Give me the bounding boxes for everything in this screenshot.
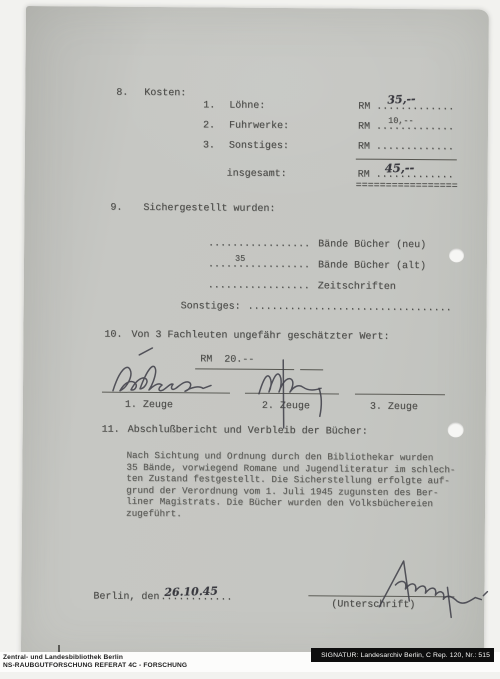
cost-value-typed: 10,-- xyxy=(388,116,414,127)
double-rule: ================= xyxy=(356,181,458,193)
witness-3-line xyxy=(355,394,445,396)
secured-label: Bände Bücher (alt) xyxy=(318,260,426,272)
dotted-line: ................. xyxy=(208,238,310,250)
secured-row: ................. 35 Bände Bücher (alt) xyxy=(26,6,489,10)
dotted-line: ................. xyxy=(208,259,310,271)
punch-hole-bottom xyxy=(448,422,464,437)
section-10-title: Von 3 Fachleuten ungefähr geschätzter We… xyxy=(131,330,389,343)
cost-row: 1. Löhne: RM ............. 35,-- xyxy=(26,6,489,10)
dotted-line: .................................. xyxy=(248,302,452,315)
total-row: insgesamt: RM ............. 45,-- ======… xyxy=(26,6,489,10)
secured-count-typed: 35 xyxy=(235,254,245,265)
section-8-number: 8. xyxy=(116,88,128,99)
library-department: NS-RAUBGUTFORSCHUNG REFERAT 4C - FORSCHU… xyxy=(3,662,187,669)
secured-label: Zeitschriften xyxy=(318,281,396,293)
registration-tick xyxy=(58,645,60,652)
cost-item-label: Sonstiges: xyxy=(229,141,289,152)
secured-row: ................. Zeitschriften xyxy=(26,6,489,10)
witness-1-signature xyxy=(99,345,233,400)
cost-item-label: Löhne: xyxy=(229,101,265,112)
document-page: 8. Kosten: 1. Löhne: RM ............. 35… xyxy=(21,6,489,662)
cost-item-number: 1. xyxy=(203,100,215,111)
main-signature xyxy=(327,554,492,621)
section-10-number: 10. xyxy=(104,330,122,341)
date-handwritten: 26.10.45 xyxy=(164,585,218,599)
signatur-bar: SIGNATUR: Landesarchiv Berlin, C Rep. 12… xyxy=(311,648,494,662)
witness-2-signature xyxy=(245,356,350,433)
final-report-text: Nach Sichtung und Ordnung durch den Bibl… xyxy=(126,450,472,522)
sonstiges-row: Sonstiges: .............................… xyxy=(26,6,489,10)
signatur-text: SIGNATUR: Landesarchiv Berlin, C Rep. 12… xyxy=(321,652,490,659)
dotted-line: ................. xyxy=(208,280,310,292)
currency-label: RM xyxy=(358,122,370,133)
section-11-title: Abschlußbericht und Verbleib der Bücher: xyxy=(128,425,368,438)
section-11-number: 11. xyxy=(102,425,120,436)
section-9-title: Sichergestellt wurden: xyxy=(143,203,275,215)
cost-row: 2. Fuhrwerke: RM ............. 10,-- xyxy=(26,6,489,10)
section-9-number: 9. xyxy=(110,203,122,214)
total-label: insgesamt: xyxy=(227,169,287,180)
library-name: Zentral- und Landesbibliothek Berlin xyxy=(3,654,123,661)
place-date-label: Berlin, den xyxy=(93,592,159,604)
cost-item-number: 2. xyxy=(203,120,215,131)
secured-label: Bände Bücher (neu) xyxy=(318,239,426,251)
secured-row: ................. Bände Bücher (neu) xyxy=(26,6,489,10)
cost-value-handwritten: 35,-- xyxy=(387,92,416,106)
currency-label: RM xyxy=(358,102,370,113)
section-8-title: Kosten: xyxy=(144,88,186,99)
currency-label: RM xyxy=(358,170,370,181)
witness-3-label: 3. Zeuge xyxy=(370,402,418,413)
witness-1-label: 1. Zeuge xyxy=(125,400,173,411)
dotted-line: ............. xyxy=(376,142,454,154)
total-value-handwritten: 45,-- xyxy=(385,161,415,176)
cost-item-number: 3. xyxy=(203,140,215,151)
sonstiges-label: Sonstiges: xyxy=(181,301,241,312)
cost-row: 3. Sonstiges: RM ............. xyxy=(26,6,489,10)
currency-label: RM xyxy=(358,142,370,153)
punch-hole-top xyxy=(449,248,464,262)
cost-item-label: Fuhrwerke: xyxy=(229,121,289,132)
